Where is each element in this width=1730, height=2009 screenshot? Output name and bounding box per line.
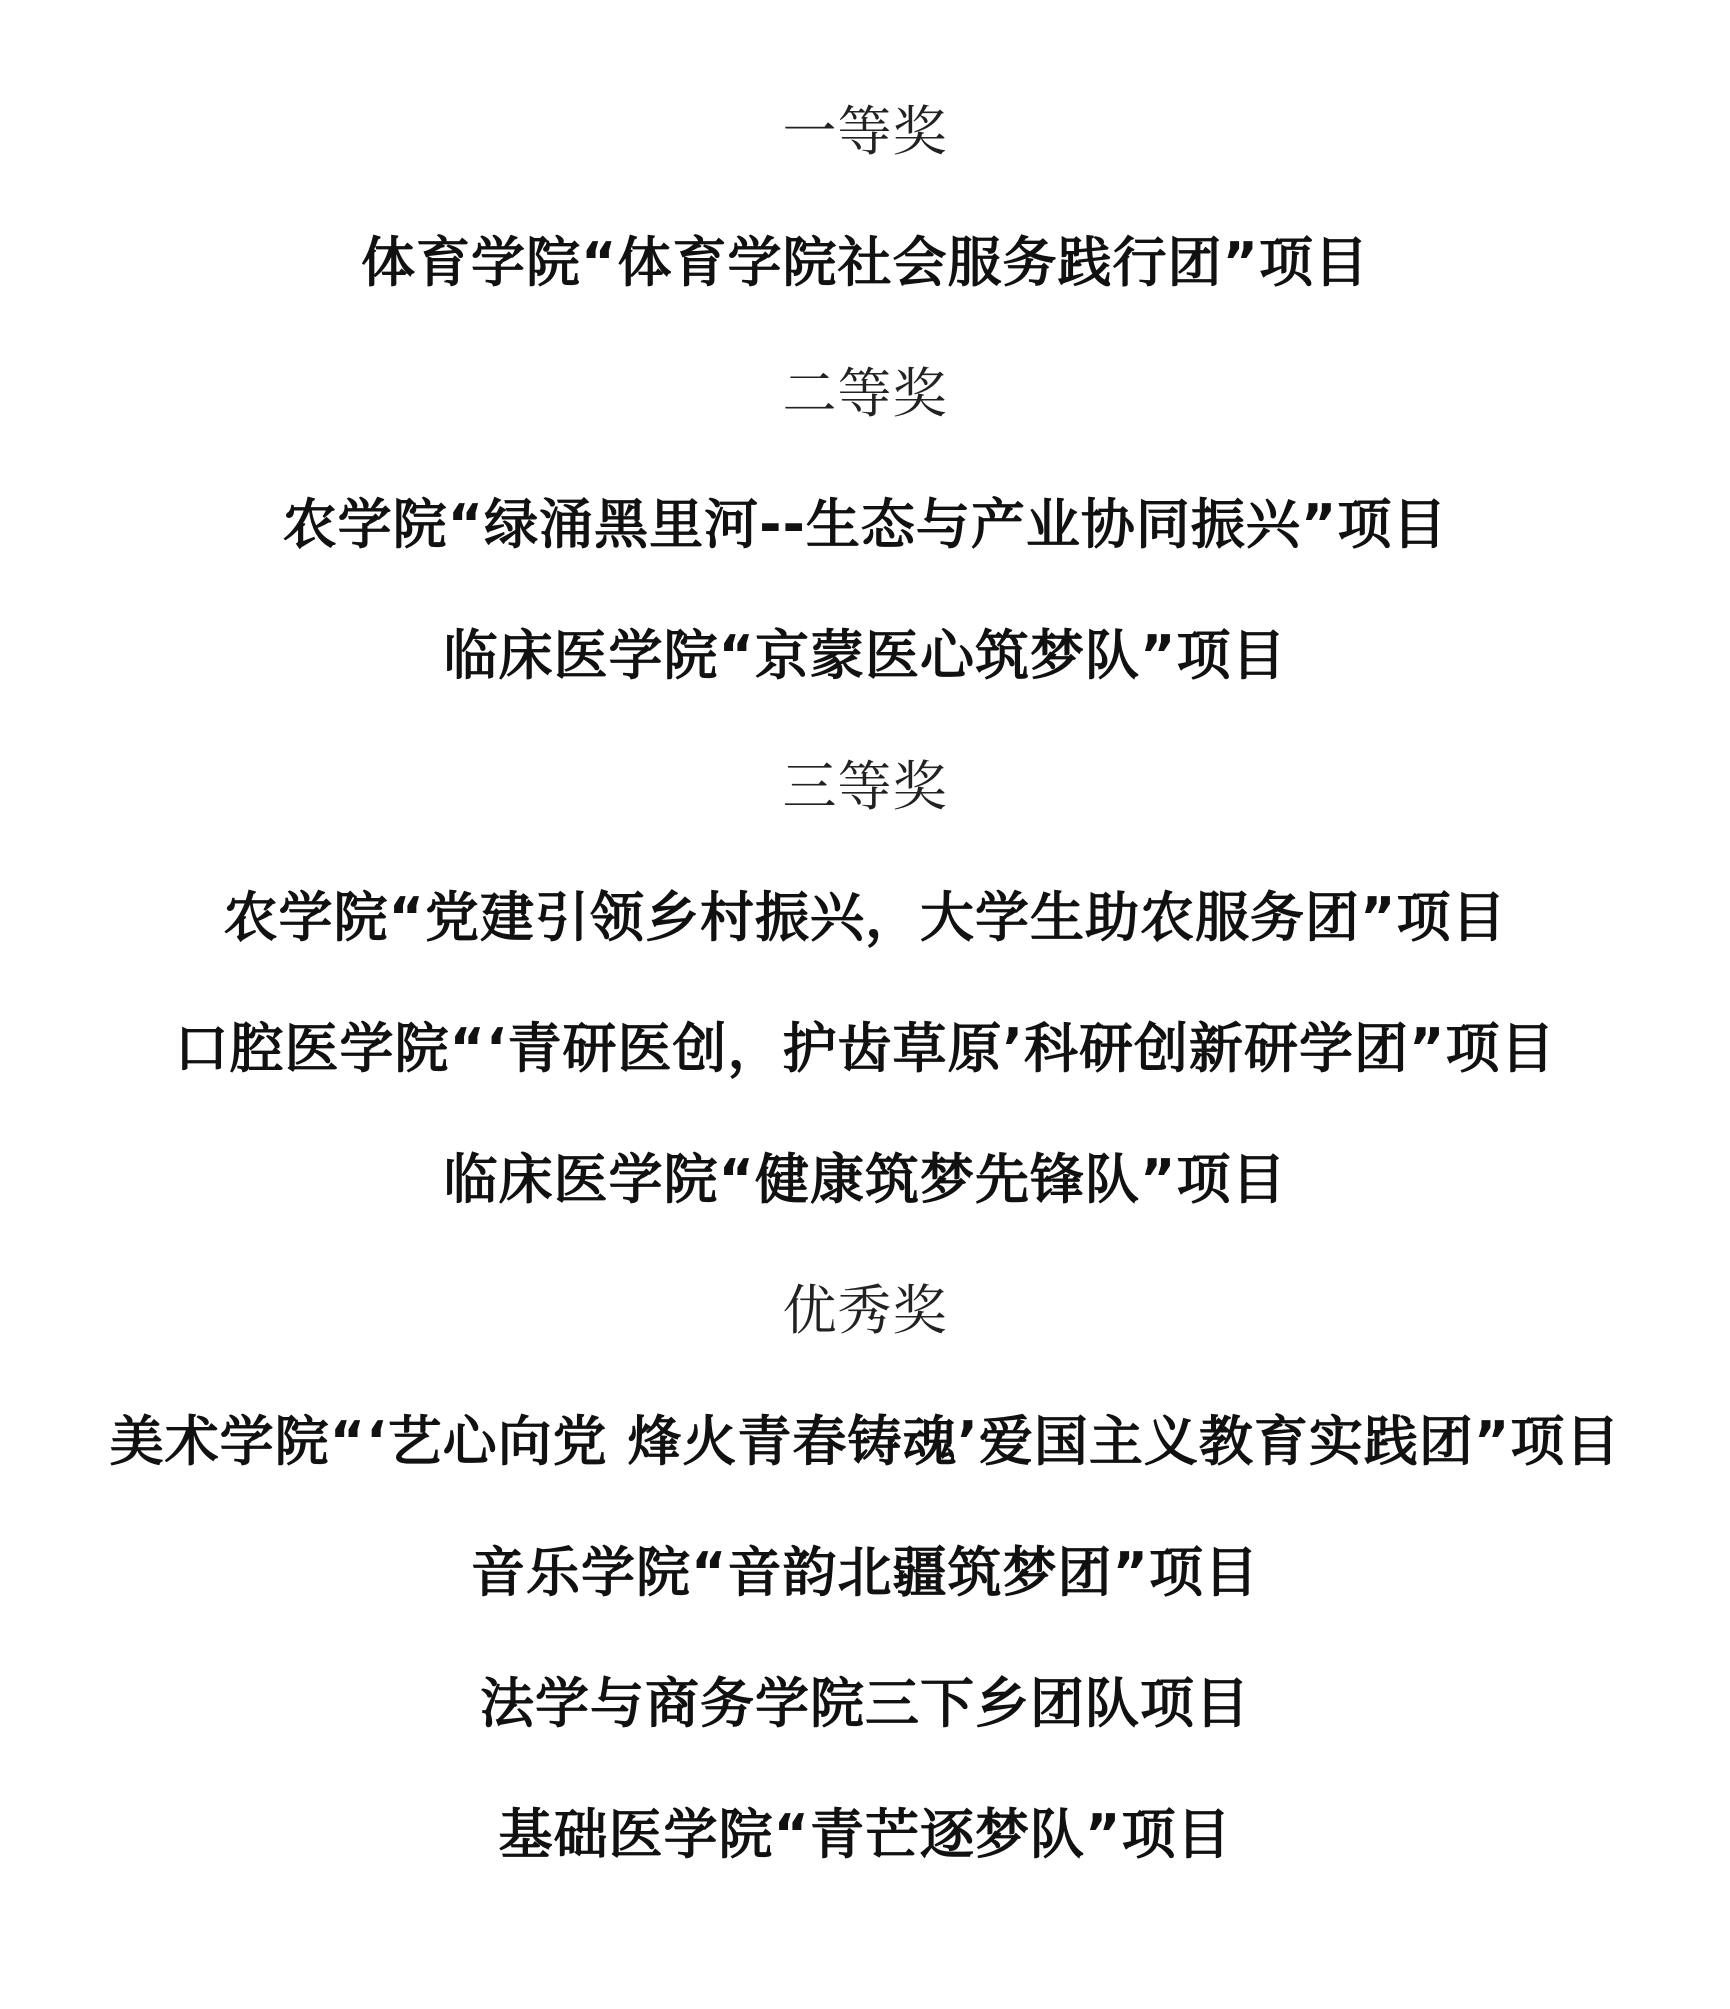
project-line: 基础医学院“青芒逐梦队”项目 <box>0 1808 1730 1862</box>
project-line: 音乐学院“音韵北疆筑梦团”项目 <box>0 1546 1730 1600</box>
award-tier-heading-second-prize: 二等奖 <box>0 367 1730 421</box>
award-tier-heading-first-prize: 一等奖 <box>0 105 1730 159</box>
award-tier-heading-excellence: 优秀奖 <box>0 1284 1730 1338</box>
award-list-document: 一等奖 体育学院“体育学院社会服务践行团”项目 二等奖 农学院“绿涌黑里河--生… <box>0 0 1730 2009</box>
project-line: 农学院“绿涌黑里河--生态与产业协同振兴”项目 <box>0 498 1730 552</box>
project-line: 体育学院“体育学院社会服务践行团”项目 <box>0 236 1730 290</box>
project-line: 临床医学院“京蒙医心筑梦队”项目 <box>0 629 1730 683</box>
project-line: 农学院“党建引领乡村振兴，大学生助农服务团”项目 <box>0 891 1730 945</box>
project-line: 临床医学院“健康筑梦先锋队”项目 <box>0 1153 1730 1207</box>
project-line: 法学与商务学院三下乡团队项目 <box>0 1677 1730 1731</box>
project-line: 美术学院“‘艺心向党 烽火青春铸魂’爱国主义教育实践团”项目 <box>0 1415 1730 1469</box>
project-line: 口腔医学院“‘青研医创，护齿草原’科研创新研学团”项目 <box>0 1022 1730 1076</box>
award-tier-heading-third-prize: 三等奖 <box>0 760 1730 814</box>
